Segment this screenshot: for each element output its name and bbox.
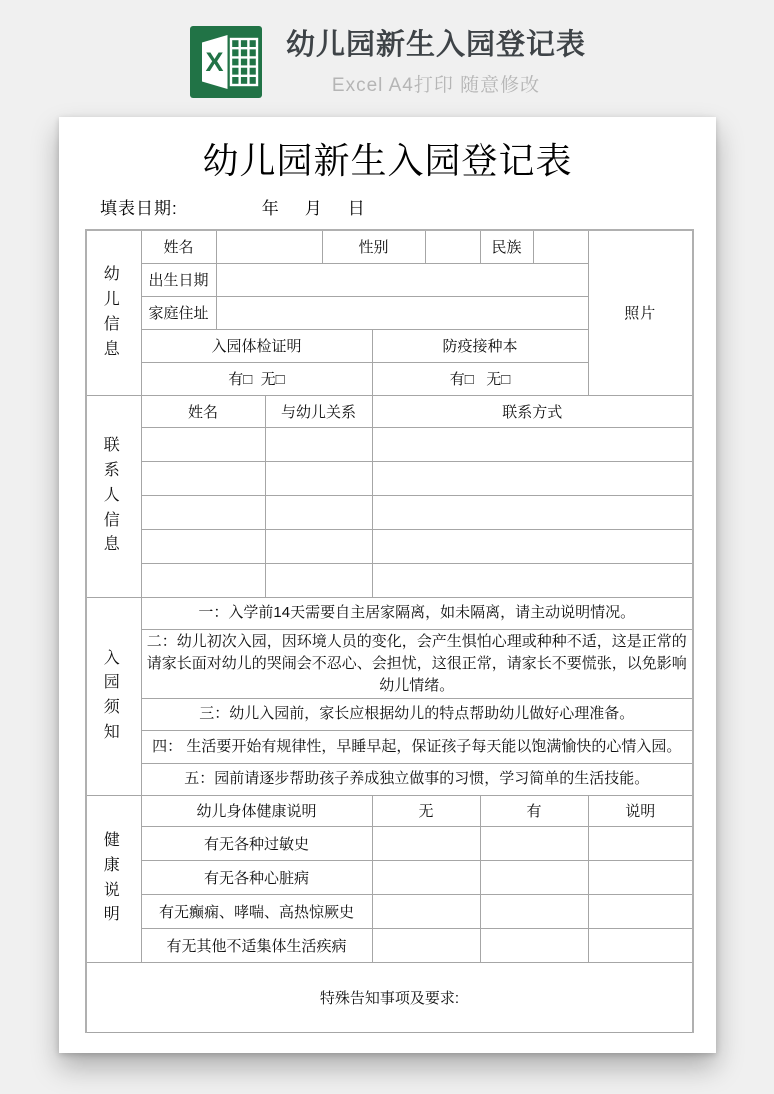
input-cell-address (216, 296, 588, 329)
input-cell-note (588, 894, 693, 928)
input-cell-note (588, 928, 693, 962)
special-notes-cell: 特殊告知事项及要求: (86, 962, 693, 1032)
input-cell-yes (480, 894, 588, 928)
health-row-label: 有无各种过敏史 (141, 826, 372, 860)
table-row: 联系人信息 姓名 与幼儿关系 联系方式 (86, 395, 693, 427)
template-subtitle: Excel A4打印 随意修改 (332, 70, 540, 97)
input-cell-contact-name (141, 563, 265, 597)
date-year-label: 年 (262, 199, 279, 218)
input-cell-yes (480, 860, 588, 894)
page-background: { "template_header": { "title": "幼儿园新生入园… (0, 0, 774, 1094)
input-cell-ethnicity (533, 230, 588, 263)
table-row (86, 427, 693, 461)
input-cell-no (372, 928, 480, 962)
field-label-medical-cert: 入园体检证明 (141, 329, 372, 362)
health-header-yes: 有 (480, 795, 588, 826)
input-cell-contact-relation (265, 427, 372, 461)
field-label-gender: 性别 (322, 230, 425, 263)
input-cell-name (216, 230, 322, 263)
checkbox-vaccine-book: 有□ 无□ (372, 362, 588, 395)
template-header: X 幼儿园新生入园登记表 Excel A4打印 随意修改 (190, 26, 586, 98)
input-cell-contact-relation (265, 495, 372, 529)
date-day-label: 日 (348, 199, 365, 218)
template-title: 幼儿园新生入园登记表 (286, 27, 586, 65)
excel-logo-icon: X (190, 26, 262, 98)
date-label: 填表日期: (100, 199, 178, 218)
notice-item-2: 二：幼儿初次入园，因环境人员的变化，会产生惧怕心理或种种不适，这是正常的请家长面… (141, 629, 693, 698)
notice-item-3: 三：幼儿入园前，家长应根据幼儿的特点帮助幼儿做好心理准备。 (141, 698, 693, 730)
date-month-label: 月 (305, 199, 322, 218)
field-label-vaccine-book: 防疫接种本 (372, 329, 588, 362)
table-row: 入园须知 一：入学前14天需要自主居家隔离，如未隔离，请主动说明情况。 (86, 597, 693, 629)
contacts-header-phone: 联系方式 (372, 395, 693, 427)
notice-item-1: 一：入学前14天需要自主居家隔离，如未隔离，请主动说明情况。 (141, 597, 693, 629)
input-cell-contact-relation (265, 461, 372, 495)
health-header-no: 无 (372, 795, 480, 826)
input-cell-contact-relation (265, 563, 372, 597)
input-cell-yes (480, 826, 588, 860)
input-cell-contact-name (141, 529, 265, 563)
table-row: 有无各种过敏史 (86, 826, 693, 860)
field-label-birthdate: 出生日期 (141, 263, 216, 296)
a4-sheet: 幼儿园新生入园登记表 填表日期:年月日 幼儿信息 姓名 性别 民族 照片 出生日… (59, 117, 716, 1053)
contacts-header-name: 姓名 (141, 395, 265, 427)
notice-item-5: 五：园前请逐步帮助孩子养成独立做事的习惯，学习简单的生活技能。 (141, 763, 693, 795)
photo-cell: 照片 (588, 230, 693, 395)
field-label-ethnicity: 民族 (480, 230, 533, 263)
contacts-header-relation: 与幼儿关系 (265, 395, 372, 427)
notice-item-4: 四： 生活要开始有规律性，早睡早起，保证孩子每天能以饱满愉快的心情入园。 (141, 730, 693, 763)
health-row-label: 有无癫痫、哮喘、高热惊厥史 (141, 894, 372, 928)
form-title: 幼儿园新生入园登记表 (59, 139, 716, 182)
table-row: 特殊告知事项及要求: (86, 962, 693, 1032)
section-label-notice: 入园须知 (86, 597, 141, 795)
input-cell-contact-phone (372, 529, 693, 563)
input-cell-contact-phone (372, 563, 693, 597)
checkbox-medical-cert: 有□ 无□ (141, 362, 372, 395)
input-cell-no (372, 860, 480, 894)
section-label-child-info: 幼儿信息 (86, 230, 141, 395)
table-row (86, 495, 693, 529)
input-cell-note (588, 860, 693, 894)
table-row: 幼儿信息 姓名 性别 民族 照片 (86, 230, 693, 263)
input-cell-yes (480, 928, 588, 962)
health-header-description: 幼儿身体健康说明 (141, 795, 372, 826)
table-row: 有无各种心脏病 (86, 860, 693, 894)
health-row-label: 有无各种心脏病 (141, 860, 372, 894)
input-cell-contact-name (141, 427, 265, 461)
field-label-name: 姓名 (141, 230, 216, 263)
table-row: 五：园前请逐步帮助孩子养成独立做事的习惯，学习简单的生活技能。 (86, 763, 693, 795)
input-cell-birthdate (216, 263, 588, 296)
table-row: 健康说明 幼儿身体健康说明 无 有 说明 (86, 795, 693, 826)
section-label-contacts: 联系人信息 (86, 395, 141, 597)
health-header-note: 说明 (588, 795, 693, 826)
health-row-label: 有无其他不适集体生活疾病 (141, 928, 372, 962)
form-date-row: 填表日期:年月日 (59, 194, 716, 218)
table-row: 四： 生活要开始有规律性，早睡早起，保证孩子每天能以饱满愉快的心情入园。 (86, 730, 693, 763)
input-cell-contact-name (141, 495, 265, 529)
field-label-address: 家庭住址 (141, 296, 216, 329)
input-cell-contact-name (141, 461, 265, 495)
section-label-health: 健康说明 (86, 795, 141, 962)
input-cell-contact-phone (372, 495, 693, 529)
input-cell-contact-phone (372, 461, 693, 495)
table-row: 二：幼儿初次入园，因环境人员的变化，会产生惧怕心理或种种不适，这是正常的请家长面… (86, 629, 693, 698)
registration-table: 幼儿信息 姓名 性别 民族 照片 出生日期 家庭住址 入园体检证明 防疫接种本 … (85, 229, 694, 1033)
table-row (86, 461, 693, 495)
table-row (86, 563, 693, 597)
input-cell-gender (425, 230, 480, 263)
input-cell-no (372, 826, 480, 860)
table-row: 三：幼儿入园前，家长应根据幼儿的特点帮助幼儿做好心理准备。 (86, 698, 693, 730)
input-cell-contact-phone (372, 427, 693, 461)
input-cell-note (588, 826, 693, 860)
table-row: 有无其他不适集体生活疾病 (86, 928, 693, 962)
excel-logo-letter: X (205, 47, 223, 77)
table-row (86, 529, 693, 563)
table-row: 有无癫痫、哮喘、高热惊厥史 (86, 894, 693, 928)
input-cell-no (372, 894, 480, 928)
input-cell-contact-relation (265, 529, 372, 563)
